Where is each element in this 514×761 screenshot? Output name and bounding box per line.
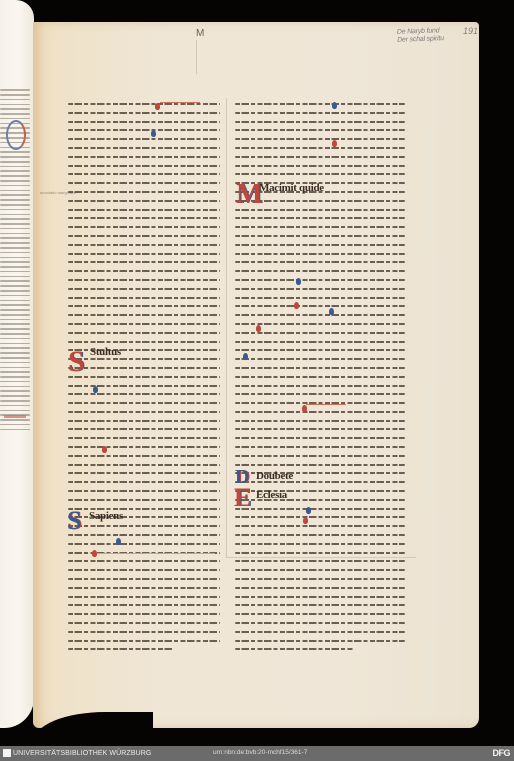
paragraph-mark [332,140,337,147]
paragraph-mark [243,353,248,360]
paragraph-mark [332,102,337,109]
rubric-line [160,102,200,103]
folio-number: 191 [463,26,478,36]
viewer-footer: UNIVERSITÄTSBIBLIOTHEK WÜRZBURG urn:nbn:… [0,746,514,761]
quire-mark: M [196,28,204,39]
decorated-initial: E [234,485,251,511]
previous-page-edge [0,0,34,728]
ruling-line [97,553,215,554]
previous-page-initial [6,120,26,150]
decorated-initial: S [67,508,81,534]
paragraph-mark [329,308,334,315]
institution-logo[interactable]: UNIVERSITÄTSBIBLIOTHEK WÜRZBURG [3,749,151,757]
rubric-heading: Eclesia [256,489,287,501]
paragraph-mark [256,325,261,332]
paragraph-mark [302,405,307,412]
paragraph-mark [303,517,308,524]
paragraph-mark [116,538,121,545]
ruling-line [196,40,197,74]
paragraph-mark [294,302,299,309]
paragraph-mark [155,103,160,110]
text-column-left [68,103,220,657]
shelf-annotation: De Naryb fund Der schal spiritu [397,27,444,45]
paragraph-mark [102,446,107,453]
ruling-line [226,557,416,558]
ruling-line [226,98,227,558]
decorated-initial: S [68,347,85,377]
rubric-heading: Macimit quide [259,182,324,194]
rubric-heading: Stultus [90,346,121,358]
logo-icon [3,749,11,757]
rubric-heading: Doubete [256,470,293,482]
paragraph-mark [306,507,311,514]
image-viewer[interactable]: M De Naryb fund Der schal spiritu 191 an… [0,0,514,746]
urn-identifier[interactable]: urn:nbn:de:bvb:20-mchf15/361-7 [213,749,307,756]
institution-name: UNIVERSITÄTSBIBLIOTHEK WÜRZBURG [13,750,151,757]
paragraph-mark [93,386,98,393]
paragraph-mark [151,130,156,137]
rubric-heading: Sapiens [89,510,123,522]
dfg-logo[interactable]: DFG [493,748,511,758]
rubric-line [306,404,346,405]
previous-page-rubric [4,415,26,418]
paragraph-mark [296,278,301,285]
